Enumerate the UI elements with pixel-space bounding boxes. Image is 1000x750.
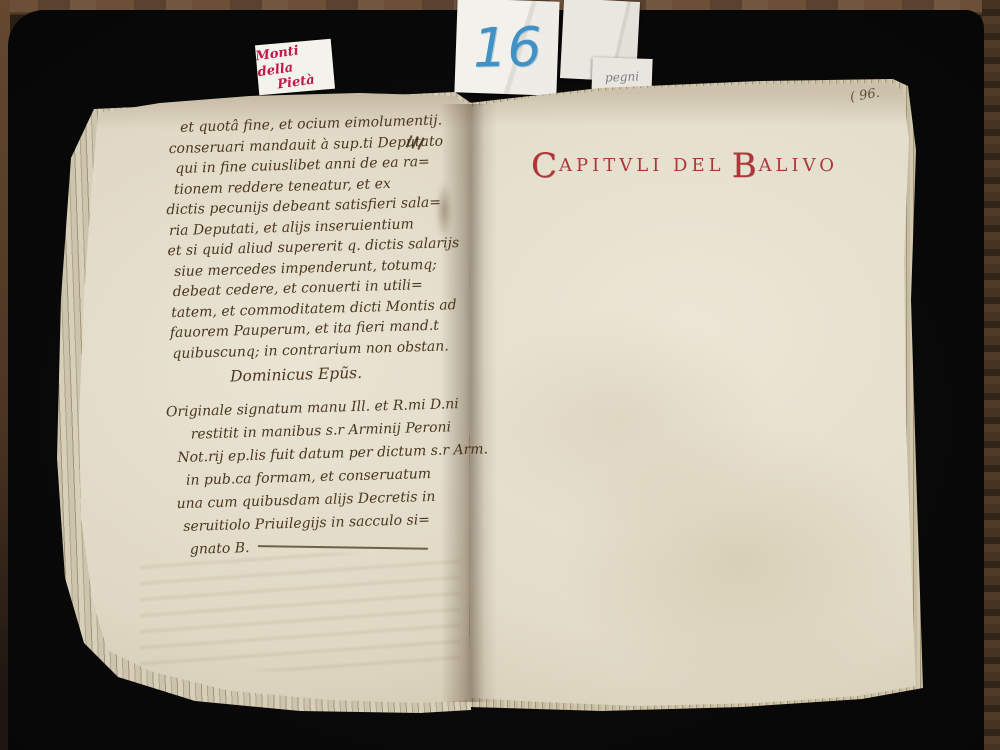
- wood-frame-right: [982, 0, 1000, 750]
- ink-smudge-marks: [407, 135, 423, 150]
- verso-show-through: [140, 553, 460, 671]
- signature-line: Dominicus Epũs.: [171, 360, 422, 389]
- monti-della-pieta-tab: Monti della Pietà: [255, 39, 335, 95]
- pegni-tab-label: pegni: [605, 69, 639, 84]
- heading-initial-c: C: [531, 146, 559, 186]
- heading-segment-1: APITVLI DEL: [559, 155, 725, 176]
- red-tab-line1: Monti della: [255, 39, 335, 80]
- folder-number-tab: 16: [454, 0, 559, 96]
- manuscript-paragraph-1: et quotâ fine, et ocium eimolumentij. co…: [164, 110, 471, 364]
- manuscript-photo: 16 pegni Monti della Pietà et quotâ fine…: [0, 0, 1000, 750]
- tab-number-label: 16: [472, 15, 542, 79]
- manuscript-paragraph-2: Originale signatum manu Ill. et R.mi D.n…: [172, 393, 476, 562]
- chapter-heading: CAPITVLI DELBALIVO: [531, 149, 881, 183]
- heading-segment-2: ALIVO: [759, 155, 839, 176]
- left-page-text: et quotâ fine, et ocium eimolumentij. co…: [164, 110, 476, 562]
- ink-smudge: [436, 182, 452, 240]
- heading-initial-b: B: [732, 146, 759, 186]
